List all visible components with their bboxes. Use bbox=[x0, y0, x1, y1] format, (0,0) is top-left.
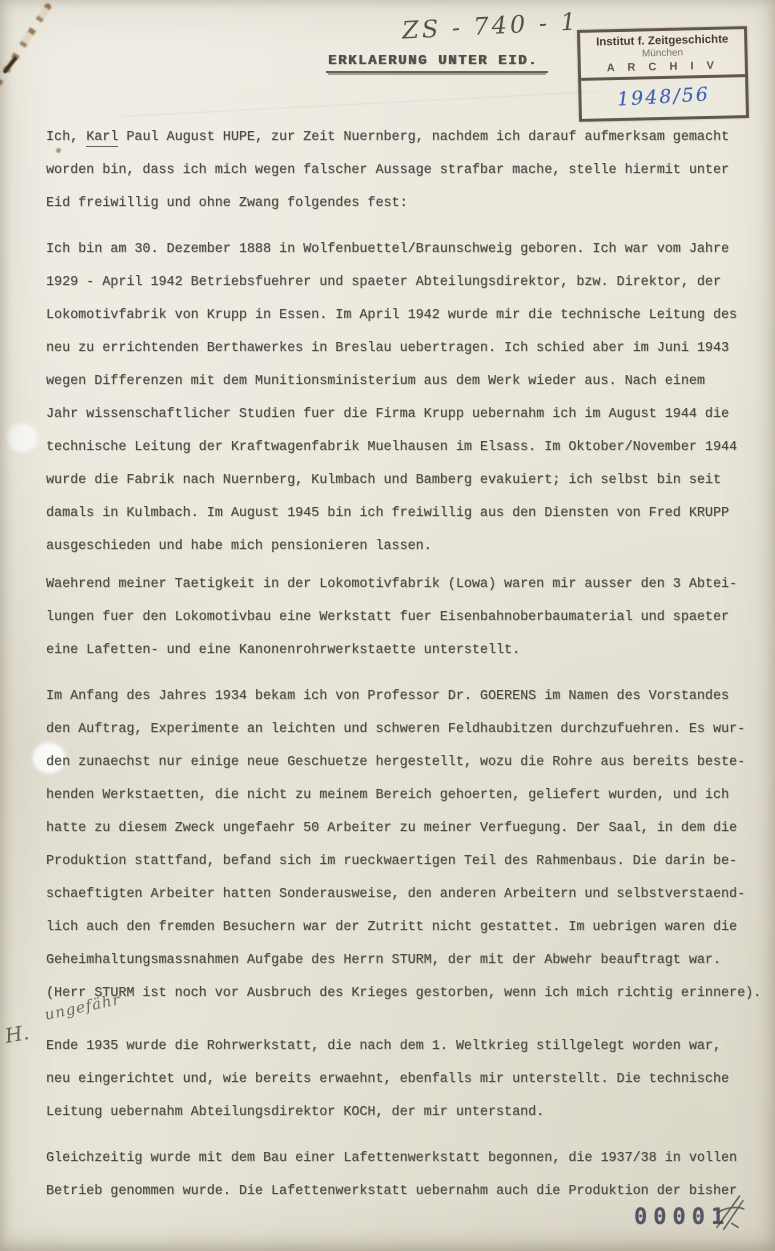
archive-stamp: Institut f. Zeitgeschichte München A R C… bbox=[577, 26, 749, 122]
stamp-archiv-label: A R C H I V bbox=[583, 59, 743, 75]
stamp-city-label: München bbox=[582, 46, 742, 61]
typed-text-line: damals in Kulmbach. Im August 1945 bin i… bbox=[46, 497, 762, 530]
typed-text-line: schaeftigten Arbeiter hatten Sonderauswe… bbox=[46, 878, 762, 911]
punch-hole-top bbox=[7, 424, 37, 452]
typed-text-line: hatte zu diesem Zweck ungefaehr 50 Arbei… bbox=[46, 812, 762, 845]
document-title: ERKLAERUNG UNTER EID. bbox=[326, 53, 548, 73]
intro-prefix: Ich, bbox=[46, 130, 86, 145]
paragraph-biography: Ich bin am 30. Dezember 1888 in Wolfenbu… bbox=[46, 233, 762, 563]
typed-text-line: wegen Differenzen mit dem Munitionsminis… bbox=[46, 365, 762, 398]
typed-text-line: neu zu errichtenden Berthawerkes in Bres… bbox=[46, 332, 762, 365]
typed-text-line: Leitung uebernahm Abteilungsdirektor KOC… bbox=[46, 1096, 762, 1129]
typed-text-line: Ich, Karl Paul August HUPE, zur Zeit Nue… bbox=[46, 121, 762, 154]
typed-text-line: henden Werkstaetten, die nicht zu meinem… bbox=[46, 779, 762, 812]
typed-text-line: Ende 1935 wurde die Rohrwerkstatt, die n… bbox=[46, 1030, 762, 1063]
margin-initial-pencil: H. bbox=[3, 1020, 31, 1048]
typed-text-line: technische Leitung der Kraftwagenfabrik … bbox=[46, 431, 762, 464]
paragraph-lines: worden bin, dass ich mich wegen falscher… bbox=[46, 154, 762, 220]
archive-reference-handwritten: ZS - 740 - 1 bbox=[401, 7, 579, 44]
paragraph-lines: Waehrend meiner Taetigkeit in der Lokomo… bbox=[46, 568, 762, 667]
typed-text-line: (Herr STURM ist noch vor Ausbruch des Kr… bbox=[46, 977, 762, 1010]
scanned-document-page: ZS - 740 - 1 Institut f. Zeitgeschichte … bbox=[0, 0, 775, 1251]
typed-text-line: den zunaechst nur einige neue Geschuetze… bbox=[46, 746, 762, 779]
typed-text-line: lungen fuer den Lokomotivbau eine Werkst… bbox=[46, 601, 762, 634]
paragraph-experiments: Im Anfang des Jahres 1934 bekam ich von … bbox=[46, 680, 762, 1010]
typed-text-line: Gleichzeitig wurde mit dem Bau einer Laf… bbox=[46, 1142, 762, 1175]
paragraph-rohrwerkstatt: Ende 1935 wurde die Rohrwerkstatt, die n… bbox=[46, 1030, 762, 1129]
typed-text-line: Eid freiwillig und ohne Zwang folgendes … bbox=[46, 187, 762, 220]
typed-text-line: neu eingerichtet und, wie bereits erwaeh… bbox=[46, 1063, 762, 1096]
paragraph-lines: Gleichzeitig wurde mit dem Bau einer Laf… bbox=[46, 1142, 762, 1208]
typed-text-line: Produktion stattfand, befand sich im rue… bbox=[46, 845, 762, 878]
typed-text-line: worden bin, dass ich mich wegen falscher… bbox=[46, 154, 762, 187]
archive-stamp-header: Institut f. Zeitgeschichte München A R C… bbox=[580, 29, 745, 81]
typed-text-line: Jahr wissenschaftlicher Studien fuer die… bbox=[46, 398, 762, 431]
paragraph-oath-intro: Ich, Karl Paul August HUPE, zur Zeit Nue… bbox=[46, 121, 762, 220]
paragraph-lines: Im Anfang des Jahres 1934 bekam ich von … bbox=[46, 680, 762, 1010]
typed-text-line: Im Anfang des Jahres 1934 bekam ich von … bbox=[46, 680, 762, 713]
paragraph-workshops: Waehrend meiner Taetigkeit in der Lokomo… bbox=[46, 568, 762, 667]
rust-stain bbox=[0, 2, 52, 96]
handwritten-paraph-mark bbox=[709, 1186, 752, 1242]
typed-text-line: ausgeschieden und habe mich pensionieren… bbox=[46, 530, 762, 563]
paragraph-lafetten: Gleichzeitig wurde mit dem Bau einer Laf… bbox=[46, 1142, 762, 1208]
typed-text-line: wurde die Fabrik nach Nuernberg, Kulmbac… bbox=[46, 464, 762, 497]
paragraph-lines: Ende 1935 wurde die Rohrwerkstatt, die n… bbox=[46, 1030, 762, 1129]
typed-text-line: Ich bin am 30. Dezember 1888 in Wolfenbu… bbox=[46, 233, 762, 266]
stamp-accession-number-handwritten: 1948/56 bbox=[581, 74, 747, 121]
intro-line1-rest: Paul August HUPE, zur Zeit Nuernberg, na… bbox=[118, 130, 729, 145]
underlined-first-name: Karl bbox=[86, 130, 118, 147]
typed-text-line: Waehrend meiner Taetigkeit in der Lokomo… bbox=[46, 568, 762, 601]
typed-text-line: lich auch den fremden Besuchern war der … bbox=[46, 911, 762, 944]
typed-text-line: Geheimhaltungsmassnahmen Aufgabe des Her… bbox=[46, 944, 762, 977]
typed-text-line: eine Lafetten- und eine Kanonenrohrwerks… bbox=[46, 634, 762, 667]
typed-text-line: 1929 - April 1942 Betriebsfuehrer und sp… bbox=[46, 266, 762, 299]
paragraph-lines: Ich bin am 30. Dezember 1888 in Wolfenbu… bbox=[46, 233, 762, 563]
ink-mark bbox=[2, 56, 17, 74]
typed-text-line: Lokomotivfabrik von Krupp in Essen. Im A… bbox=[46, 299, 762, 332]
typed-text-line: den Auftrag, Experimente an leichten und… bbox=[46, 713, 762, 746]
typed-text-line: Betrieb genommen wurde. Die Lafettenwerk… bbox=[46, 1175, 762, 1208]
